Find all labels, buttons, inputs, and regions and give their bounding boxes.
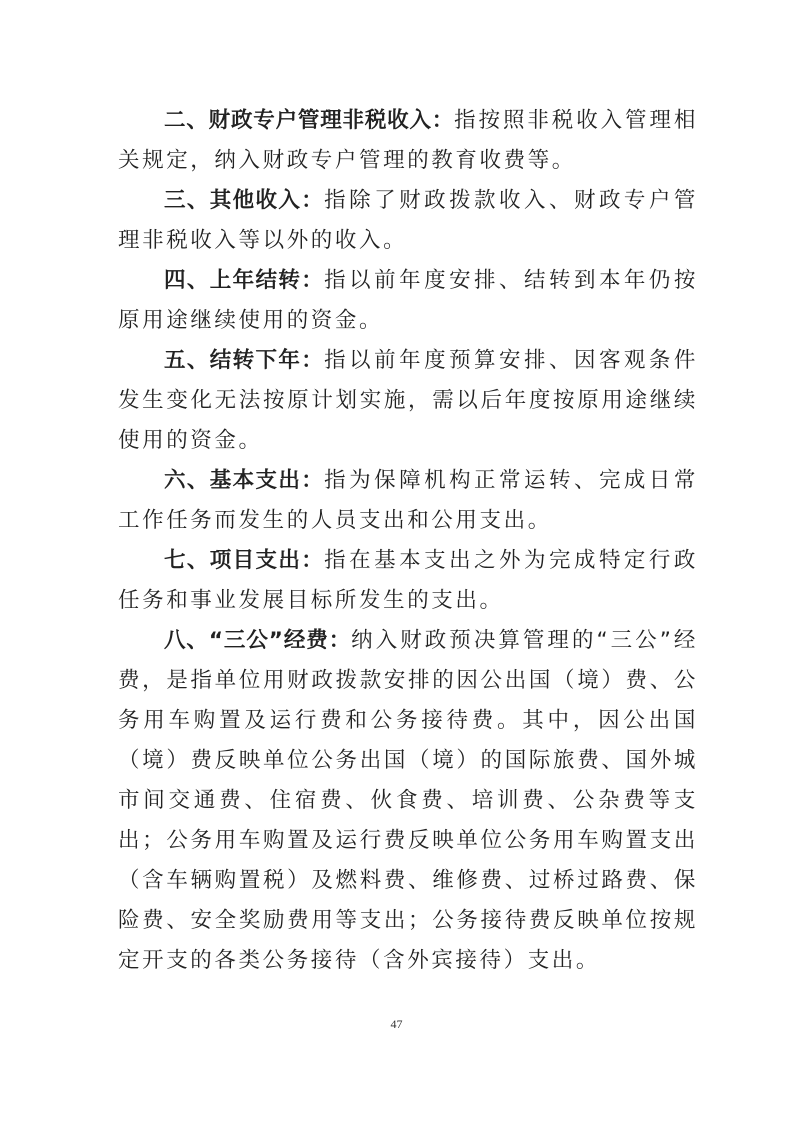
definition-term: 六、基本支出： bbox=[164, 468, 324, 493]
definition-term: 二、财政专户管理非税收入： bbox=[164, 108, 454, 133]
definition-paragraph-project-expenditure: 七、项目支出：指在基本支出之外为完成特定行政任务和事业发展目标所发生的支出。 bbox=[118, 541, 698, 621]
definition-term: 八、“三公”经费： bbox=[164, 628, 351, 653]
definition-term: 四、上年结转： bbox=[164, 268, 324, 293]
definition-paragraph-other-income: 三、其他收入：指除了财政拨款收入、财政专户管理非税收入等以外的收入。 bbox=[118, 181, 698, 261]
definition-term: 五、结转下年： bbox=[164, 348, 324, 373]
definition-term: 七、项目支出： bbox=[164, 548, 324, 573]
document-page: 二、财政专户管理非税收入：指按照非税收入管理相关规定，纳入财政专户管理的教育收费… bbox=[0, 0, 793, 1122]
definition-paragraph-three-public-expenses: 八、“三公”经费：纳入财政预决算管理的“三公”经费，是指单位用财政拨款安排的因公… bbox=[118, 621, 698, 981]
definition-paragraph-basic-expenditure: 六、基本支出：指为保障机构正常运转、完成日常工作任务而发生的人员支出和公用支出。 bbox=[118, 461, 698, 541]
definition-paragraph-non-tax-revenue: 二、财政专户管理非税收入：指按照非税收入管理相关规定，纳入财政专户管理的教育收费… bbox=[118, 101, 698, 181]
document-body: 二、财政专户管理非税收入：指按照非税收入管理相关规定，纳入财政专户管理的教育收费… bbox=[118, 101, 698, 981]
definition-paragraph-prior-year-carryover: 四、上年结转：指以前年度安排、结转到本年仍按原用途继续使用的资金。 bbox=[118, 261, 698, 341]
definition-term: 三、其他收入： bbox=[164, 188, 324, 213]
definition-paragraph-carryover-next-year: 五、结转下年：指以前年度预算安排、因客观条件发生变化无法按原计划实施，需以后年度… bbox=[118, 341, 698, 461]
page-number: 47 bbox=[0, 1017, 793, 1032]
definition-text: 纳入财政预决算管理的“三公”经费，是指单位用财政拨款安排的因公出国（境）费、公务… bbox=[118, 628, 698, 973]
